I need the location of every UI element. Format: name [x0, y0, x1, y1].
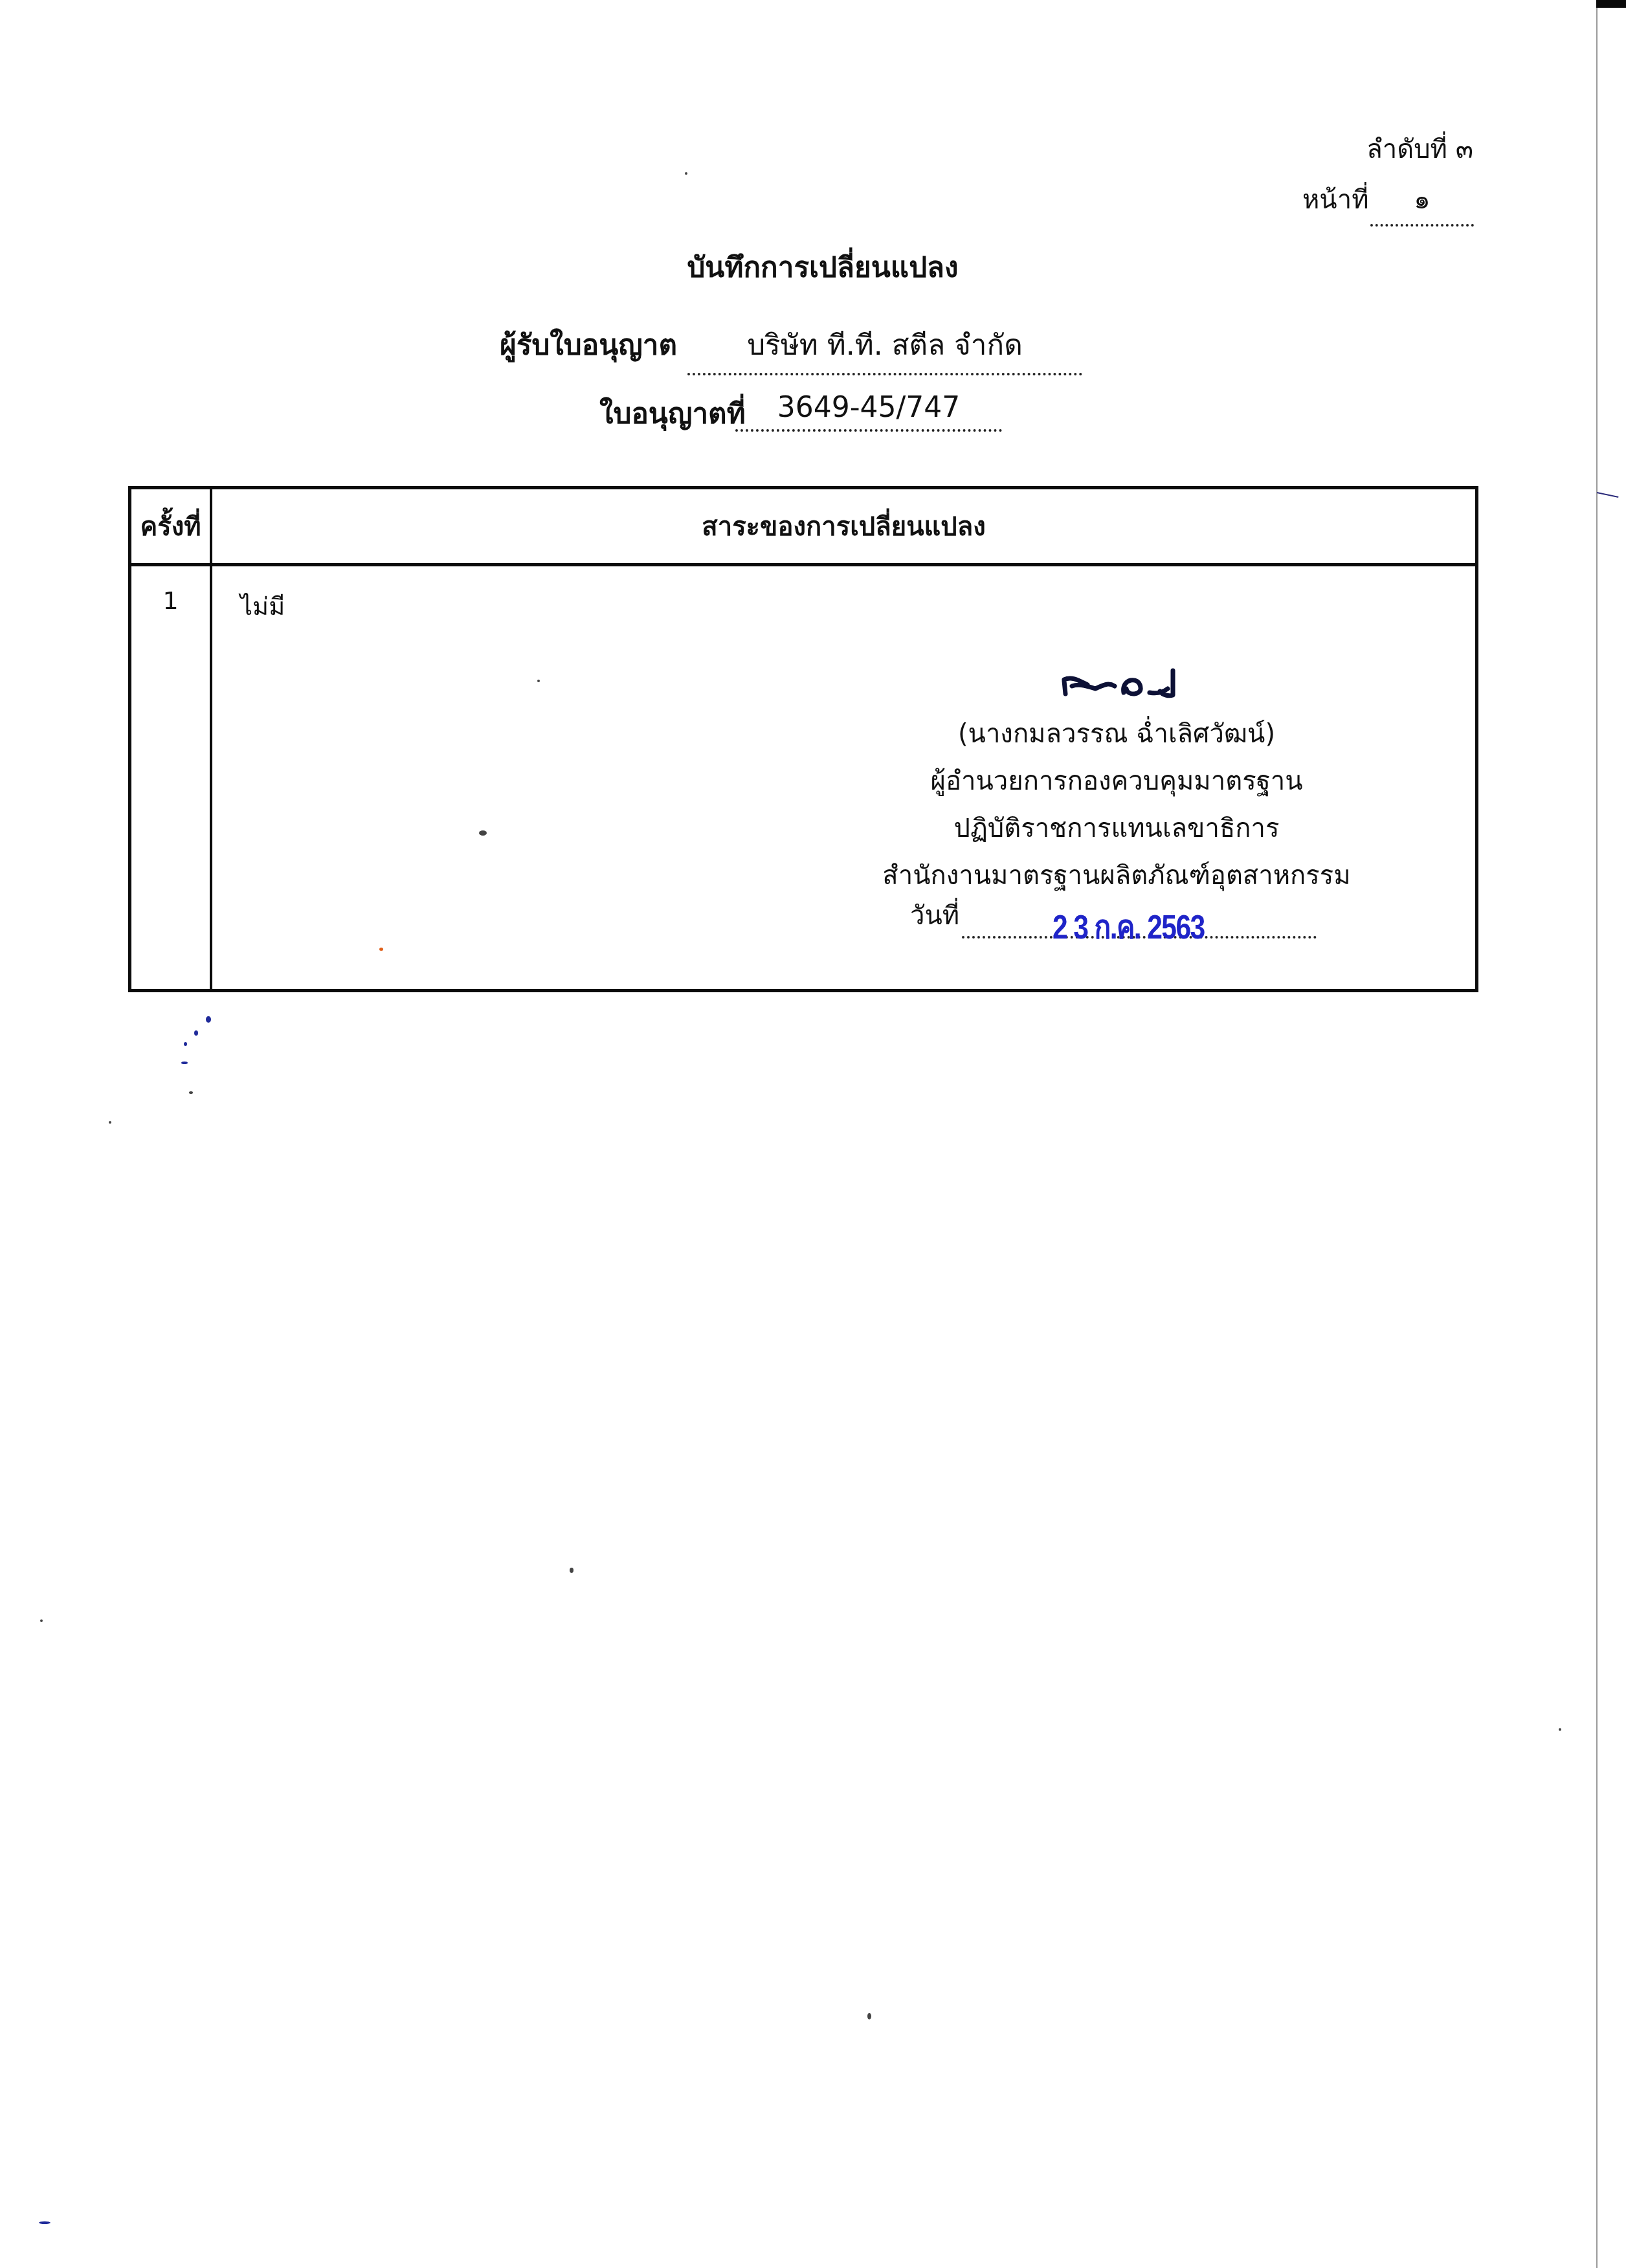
document-title: บันทึกการเปลี่ยนแปลง [0, 245, 1626, 290]
header-divider [131, 563, 1475, 566]
order-value: ๓ [1456, 135, 1473, 164]
date-field: วันที่ 2 3 ก.ค. 2563 [910, 895, 959, 936]
scan-speck [537, 680, 540, 682]
page-number: หน้าที่ ๑ [1302, 179, 1369, 220]
scan-speck [39, 2221, 50, 2224]
scan-artifact-edge [1596, 8, 1598, 2268]
scan-speck [1559, 1728, 1561, 1731]
scan-artifact-corner [1596, 0, 1626, 8]
page-value: ๑ [1370, 179, 1474, 227]
license-number-label: ใบอนุญาตที่ [599, 397, 746, 430]
handwritten-signature [1059, 667, 1201, 706]
page-label: หน้าที่ [1302, 179, 1369, 220]
licensee-field: ผู้รับใบอนุญาต บริษัท ที.ที. สตีล จำกัด [500, 322, 677, 368]
license-number-field: ใบอนุญาตที่ 3649-45/747 [599, 391, 746, 436]
scan-artifact-mark [1597, 492, 1619, 498]
table-cell-content: ไม่มี [240, 586, 285, 626]
scan-speck [570, 1568, 574, 1573]
date-label: วันที่ [910, 901, 959, 931]
scan-speck [109, 1121, 111, 1124]
license-number-value: 3649-45/747 [735, 391, 1002, 432]
date-stamp: 2 3 ก.ค. 2563 [1052, 900, 1205, 953]
column-header-number: ครั้งที่ [131, 489, 210, 563]
scan-speck [181, 1062, 188, 1064]
licensee-label: ผู้รับใบอนุญาต [500, 329, 677, 362]
signature-block: (นางกมลวรรณ ฉ่ำเลิศวัฒน์) ผู้อำนวยการกอง… [777, 711, 1456, 900]
date-line: 2 3 ก.ค. 2563 [962, 901, 1317, 939]
scan-speck [685, 172, 687, 175]
signatory-position-1: ผู้อำนวยการกองควบคุมมาตรฐาน [777, 758, 1456, 805]
document-page: ลำดับที่ ๓ หน้าที่ ๑ บันทึกการเปลี่ยนแปล… [0, 0, 1626, 2268]
licensee-value: บริษัท ที.ที. สตีล จำกัด [687, 322, 1082, 375]
scan-speck [867, 2013, 871, 2019]
signatory-position-2: ปฏิบัติราชการแทนเลขาธิการ [777, 805, 1456, 852]
table-cell-number: 1 [131, 586, 210, 615]
scan-speck [189, 1091, 193, 1094]
scan-speck [379, 948, 383, 951]
scan-speck [479, 830, 487, 836]
scan-speck [40, 1619, 43, 1622]
signatory-position-3: สำนักงานมาตรฐานผลิตภัณฑ์อุตสาหกรรม [777, 852, 1456, 900]
scan-speck [194, 1030, 198, 1036]
order-number: ลำดับที่ ๓ [1366, 128, 1473, 170]
scan-speck [184, 1042, 187, 1046]
scan-speck [206, 1016, 211, 1023]
signatory-name: (นางกมลวรรณ ฉ่ำเลิศวัฒน์) [777, 711, 1456, 758]
order-label: ลำดับที่ [1366, 135, 1447, 164]
column-header-content: สาระของการเปลี่ยนแปลง [212, 489, 1475, 563]
